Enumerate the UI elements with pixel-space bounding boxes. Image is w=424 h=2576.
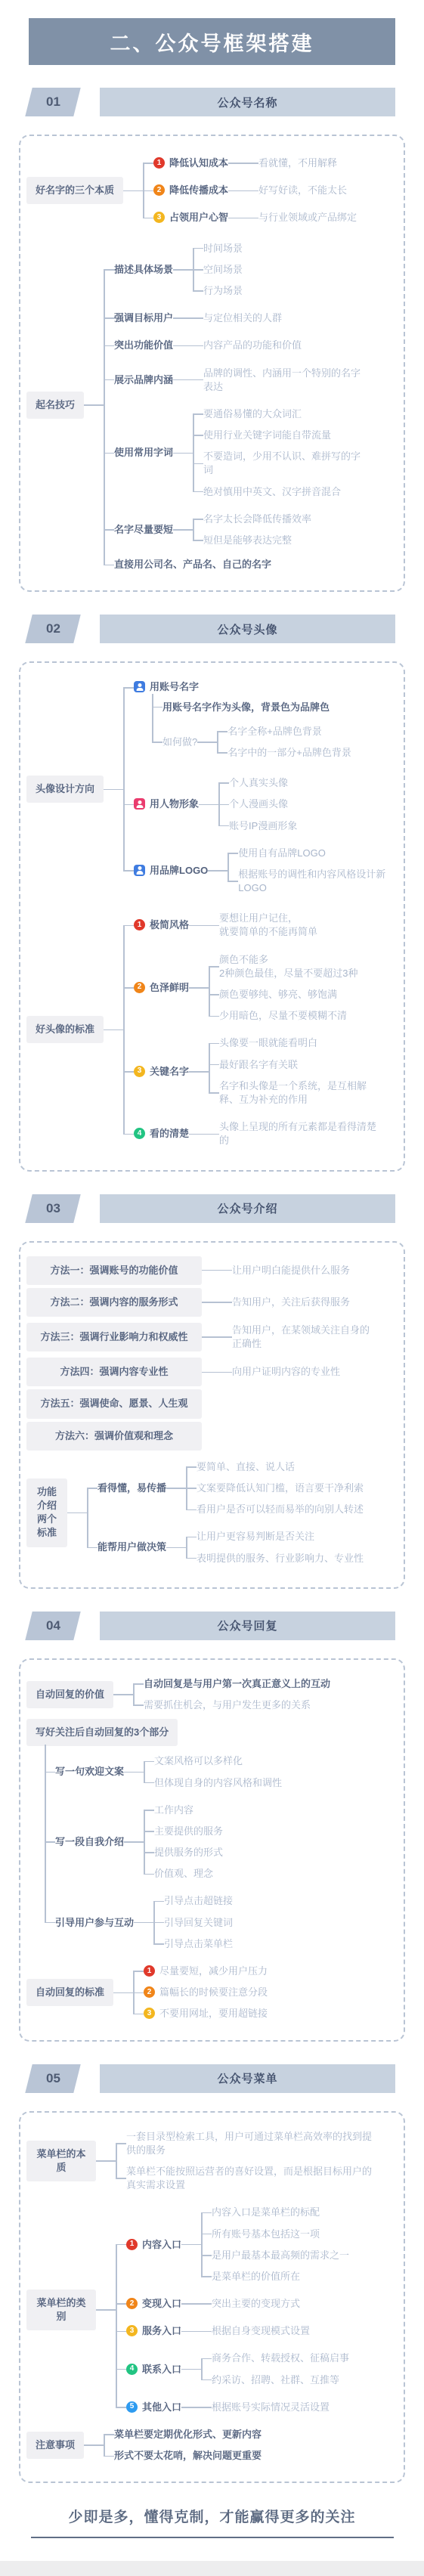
tree-children: 颜色不能多 2种颜色最佳，尽量不要超过3种颜色要够纯、够亮、够饱满少用暗色，尽量… [209,949,357,1027]
tree-node-label: 菜单栏不能按照运营者的喜好设置，而是根据目标用户的真实需求设置 [126,2164,376,2193]
node-text: 个人漫画头像 [229,797,288,811]
node-text: 其他入口 [142,2401,181,2414]
tree-child: 名字太长会降低传播效率 [203,509,311,530]
tree-node-label: 不要造词，少用不认识、难拼写的字词 [203,449,364,478]
tree-child: 使用行业关键字词能自带流量 [203,425,364,446]
tree-child: 告知用户，关注后获得服务 [232,1292,350,1313]
tree-child: 向用户证明内容的专业性 [232,1361,340,1382]
section-number: 05 [46,2071,60,2086]
tree-children: 告知用户，关注后获得服务 [221,1292,350,1313]
tree-children: 品牌的调性、内涵用一个特别的名字表达 [193,363,364,398]
tree-branch: 方法四：强调内容专业性向用户证明内容的专业性 [26,1358,396,1386]
tree-child: 用账号名字用账号名字作为头像，背景色为品牌色如何做?名字全称+品牌色背景名字中的… [134,677,389,769]
tree-branch: 写一段自我介绍工作内容主要提供的服务提供服务的形式价值观、理念 [55,1800,282,1885]
node-text: 变现入口 [142,2297,181,2311]
tree-children: 时间场景空间场景行为场景 [193,238,243,302]
tree-child: 告知用户，在某领域关注自身的 正确性 [232,1320,370,1355]
tree-children: 名字全称+品牌色背景名字中的一部分+品牌色背景 [217,721,351,763]
tree-node-label: 要简单、直接、说人话 [197,1460,364,1475]
tree: 好名字的三个本质1降低认知成本看就懂，不用解释2降低传播成本好写好读，不能太长3… [26,150,396,232]
mindmap-infographic: 二、公众号框架搭建 01公众号名称好名字的三个本质1降低认知成本看就懂，不用解释… [0,18,424,2576]
tree-branch: 注意事项菜单栏要定期优化形式、更新内容形式不要太花哨，解决问题更重要 [26,2424,396,2466]
section-header: 03公众号介绍 [29,1194,395,1223]
tree-node-label: 个人漫画头像 [229,797,297,812]
tree-child: 工作内容 [154,1800,223,1821]
node-text: 方法六：强调价值观和理念 [55,1429,173,1443]
tree-branch: 强调目标用户与定位相关的人群 [114,308,364,329]
node-text: 引导用户参与互动 [55,1916,134,1930]
tree-children: 个人真实头像个人漫画头像账号IP漫画形象 [218,772,297,837]
node-text: 文案风格可以多样化 [154,1754,243,1768]
tree-node-label: 提供服务的形式 [154,1845,223,1860]
section-title: 公众号名称 [100,88,395,116]
tree-child: 3关键名字头像要一眼就能看明白最好跟名字有关联名字和头像是一个系统，是互相解释、… [134,1029,378,1113]
node-text: 时间场景 [203,242,243,255]
tree-branch: 方法一：强调账号的功能价值让用户明白能提供什么服务 [26,1256,396,1285]
tree-down-branch: 用账号名字用账号名字作为头像，背景色为品牌色如何做?名字全称+品牌色背景名字中的… [134,680,389,766]
tree-branch: 4联系入口商务合作、转载授权、征稿启事约采访、招聘、社群、互推等 [126,2348,349,2390]
node-text: 展示品牌内涵 [114,373,173,387]
node-text: 功能介绍两个标准 [36,1485,58,1540]
tree-child: 用品牌LOGO使用自有品牌LOGO根据账号的调性和内容风格设计新LOGO [134,840,389,903]
node-text: 写好关注后自动回复的3个部分 [36,1726,169,1739]
tree-node-label: 文案风格可以多样化 [154,1754,282,1769]
node-text: 菜单栏的类别 [36,2296,87,2324]
node-text: 好头像的标准 [36,1023,94,1036]
tree-node-label: 名字全称+品牌色背景 [227,724,351,739]
tree-branch: 用人物形象个人真实头像个人漫画头像账号IP漫画形象 [134,772,389,837]
tree-child: 内容入口是菜单栏的标配 [212,2202,349,2223]
tree-node-label: 需要抓住机会，与用户发生更多的关系 [144,1698,330,1713]
node-text: 关键名字 [150,1065,189,1079]
section-panel: 好名字的三个本质1降低认知成本看就懂，不用解释2降低传播成本好写好读，不能太长3… [19,135,405,592]
tree-children: 写一句欢迎文案文案风格可以多样化但体现自身的内容风格和调性写一段自我介绍工作内容… [45,1748,282,1958]
tree-child: 3不要用网址，要用超链接 [144,2003,268,2024]
tree-branch: 使用常用字词要通俗易懂的大众词汇使用行业关键字词能自带流量不要造词，少用不认识、… [114,404,364,503]
node-text: 直接用公司名、产品名、自己的名字 [114,558,271,571]
tree-node-label: 看就懂，不用解释 [258,156,337,171]
tree-node-label: 突出功能价值 [114,338,173,353]
node-text: 颜色不能多 2种颜色最佳，尽量不要超过3种 [219,953,357,980]
section-number-badge: 05 [25,2064,80,2093]
tree-node-label: 绝对慎用中英文、汉字拼音混合 [203,485,364,500]
tree-child: 账号IP漫画形象 [229,816,297,837]
node-text: 用人物形象 [150,797,199,811]
tree-children: 商务合作、转载授权、征稿启事约采访、招聘、社群、互推等 [201,2348,349,2390]
tree-node-box: 菜单栏的本质 [26,2141,96,2181]
tree-branch: 写一句欢迎文案文案风格可以多样化但体现自身的内容风格和调性 [55,1751,282,1793]
tree-child: 用账号名字作为头像，背景色为品牌色 [162,697,351,718]
section-01: 01公众号名称好名字的三个本质1降低认知成本看就懂，不用解释2降低传播成本好写好… [0,88,424,592]
tree-node-label: 3关键名字 [134,1064,189,1079]
node-text: 服务入口 [142,2324,181,2338]
tree: 方法三：强调行业影响力和权威性告知用户，在某领域关注自身的 正确性 [26,1320,396,1355]
tree-child: 时间场景 [203,238,243,259]
tree-child: 用人物形象个人真实头像个人漫画头像账号IP漫画形象 [134,769,389,840]
tree-child: 空间场景 [203,259,243,280]
tree-node-label: 品牌的调性、内涵用一个特别的名字表达 [203,366,364,395]
node-text: 使用常用字词 [114,446,173,460]
tree-child: 与行业领域或产品绑定 [258,207,357,228]
tree-child: 引导用户参与互动引导点击超链接引导回复关键词引导点击菜单栏 [55,1887,282,1958]
tree-node-label: 名字尽量要短 [114,522,173,537]
tree-branch: 好头像的标准1极简风格要想让用户记住， 就要简单的不能再简单2色泽鲜明颜色不能多… [26,905,396,1154]
tree-node-label: 工作内容 [154,1803,223,1818]
node-text: 自动回复的价值 [36,1688,104,1701]
tree-branch: 引导用户参与互动引导点击超链接引导回复关键词引导点击菜单栏 [55,1890,282,1955]
tree-node-label: 好写好读，不能太长 [258,183,347,198]
tree-node-label: 要想让用户记住， 就要简单的不能再简单 [219,911,317,940]
tree-node-label: 2降低传播成本 [153,183,228,198]
node-text: 要通俗易懂的大众词汇 [203,407,302,421]
section-title: 公众号菜单 [100,2064,395,2093]
tree-child: 是用户最基本最高频的需求之一 [212,2245,349,2266]
tree-child: 强调目标用户与定位相关的人群 [114,305,364,332]
tree-node-label: 展示品牌内涵 [114,373,173,388]
section-header: 01公众号名称 [29,88,395,116]
tree-children: 菜单栏要定期优化形式、更新内容形式不要太花哨，解决问题更重要 [104,2424,262,2466]
tree-branch: 功能介绍两个标准看得懂，易传播要简单、直接、说人话文案要降低认知门槛，语言要干净… [26,1454,396,1572]
node-text: 最好跟名字有关联 [219,1058,298,1072]
section-title: 公众号介绍 [100,1194,395,1223]
tree-node-label: 让用户明白能提供什么服务 [232,1263,350,1278]
section-number-badge: 04 [25,1612,80,1640]
tree-child: 根据自身变现模式设置 [212,2321,310,2342]
section-number-badge: 01 [25,88,80,116]
tree-node-label: 引导点击超链接 [164,1893,233,1909]
tree-children: 看得懂，易传播要简单、直接、说人话文案要降低认知门槛，语言要干净利索看用户是否可… [87,1454,364,1572]
tree-node-label: 价值观、理念 [154,1866,223,1881]
tree-node-label: 形式不要太花哨，解决问题更重要 [114,2448,262,2463]
tree-node-label: 2篇幅长的时候要注意分段 [144,1985,268,2000]
tree-node-label: 1极简风格 [134,918,189,933]
priority-1-icon: 1 [153,157,165,169]
tree-node-box: 起名技巧 [26,392,84,419]
tree-node-box: 方法三：强调行业影响力和权威性 [26,1323,202,1351]
tree-child: 使用自有品牌LOGO [238,843,389,864]
tree-node-label: 描述具体场景 [114,262,173,277]
priority-2-icon: 2 [144,1986,155,1998]
tree-node-box: 方法六：强调价值观和理念 [26,1422,202,1451]
tree-child: 名字中的一部分+品牌色背景 [227,742,351,763]
tree-down-branch: 写好关注后自动回复的3个部分写一句欢迎文案文案风格可以多样化但体现自身的内容风格… [26,1719,396,1958]
node-text: 主要提供的服务 [154,1825,223,1838]
tree-child: 菜单栏要定期优化形式、更新内容 [114,2424,262,2445]
node-text: 根据账号实际情况灵活设置 [212,2401,330,2414]
tree-child: 与定位相关的人群 [203,308,282,329]
tree-node-label: 看得懂，易传播 [97,1481,166,1496]
node-text: 短但是能够表达完整 [203,534,292,547]
node-text: 头像上呈现的所有元素都是看得清楚的 [219,1120,378,1147]
node-text: 看得懂，易传播 [97,1482,166,1495]
node-text: 强调目标用户 [114,311,173,325]
node-text: 名字太长会降低传播效率 [203,512,311,526]
node-text: 看用户是否可以轻而易举的向别人转述 [197,1503,364,1516]
tree-child: 使用常用字词要通俗易懂的大众词汇使用行业关键字词能自带流量不要造词，少用不认识、… [114,401,364,506]
tree-node-label: 颜色不能多 2种颜色最佳，尽量不要超过3种 [219,952,357,981]
tree-node-label: 4联系入口 [126,2362,181,2377]
tree-children: 一套目录型检索工具，用户可通过菜单栏高效率的找到提供的服务菜单栏不能按照运营者的… [116,2126,376,2197]
tree-child: 看就懂，不用解释 [258,153,337,174]
section-number: 01 [46,94,60,110]
tree-branch: 自动回复的价值自动回复是与用户第一次真正意义上的互动需要抓住机会，与用户发生更多… [26,1673,396,1716]
tree-node-label: 引导用户参与互动 [55,1915,134,1930]
tree-branch: 3关键名字头像要一眼就能看明白最好跟名字有关联名字和头像是一个系统，是互相解释、… [134,1033,378,1110]
tree-node-label: 名字太长会降低传播效率 [203,512,311,527]
tree-children: 文案风格可以多样化但体现自身的内容风格和调性 [144,1751,282,1793]
tree-node-label: 告知用户，关注后获得服务 [232,1295,350,1310]
tree-children: 要简单、直接、说人话文案要降低认知门槛，语言要干净利索看用户是否可以轻而易举的向… [186,1457,364,1521]
section-header: 05公众号菜单 [29,2064,395,2093]
tree-node-box: 方法四：强调内容专业性 [26,1358,202,1386]
tree-child: 1极简风格要想让用户记住， 就要简单的不能再简单 [134,905,378,946]
tree-child: 少用暗色，尽量不要模糊不清 [219,1005,357,1026]
tree-node-label: 主要提供的服务 [154,1824,223,1839]
priority-5-icon: 5 [126,2401,138,2413]
node-text: 写一段自我介绍 [55,1835,124,1849]
node-text: 要想让用户记住， 就要简单的不能再简单 [219,912,317,939]
tree-child: 展示品牌内涵品牌的调性、内涵用一个特别的名字表达 [114,360,364,401]
tree-branch: 如何做?名字全称+品牌色背景名字中的一部分+品牌色背景 [162,721,351,763]
node-text: 好写好读，不能太长 [258,184,347,197]
tree-node-label: 菜单栏要定期优化形式、更新内容 [114,2427,262,2442]
tree-node-label: 2色泽鲜明 [134,980,189,995]
tree-children: 头像上呈现的所有元素都是看得清楚的 [209,1116,378,1151]
node-text: 菜单栏的本质 [36,2147,87,2175]
tree-node-label: 账号IP漫画形象 [229,819,297,834]
priority-3-icon: 3 [126,2325,138,2336]
tree-node-label: 颜色要够纯、够亮、够饱满 [219,987,357,1002]
node-text: 篇幅长的时候要注意分段 [159,1986,268,1999]
footer: 少即是多，懂得克制，才能赢得更多的关注 [0,2506,424,2538]
node-text: 向用户证明内容的专业性 [232,1365,340,1379]
node-text: 但体现自身的内容风格和调性 [154,1776,282,1790]
tree-child: 引导点击菜单栏 [164,1934,233,1955]
section-04: 04公众号回复自动回复的价值自动回复是与用户第一次真正意义上的互动需要抓住机会，… [0,1612,424,2042]
tree-node-label: 5其他入口 [126,2400,181,2415]
tree: 方法一：强调账号的功能价值让用户明白能提供什么服务 [26,1256,396,1285]
tree-node-box: 好名字的三个本质 [26,177,123,204]
tree-node-label: 使用自有品牌LOGO [238,846,389,861]
tree-child: 要通俗易懂的大众词汇 [203,404,364,425]
tree-node-label: 根据账号的调性和内容风格设计新LOGO [238,867,389,896]
tree-child: 需要抓住机会，与用户发生更多的关系 [144,1695,330,1716]
section-02: 02公众号头像头像设计方向用账号名字用账号名字作为头像，背景色为品牌色如何做?名… [0,615,424,1171]
node-text: 使用自有品牌LOGO [238,847,326,860]
tree-child: 颜色不能多 2种颜色最佳，尽量不要超过3种 [219,949,357,984]
tree-children: 头像要一眼就能看明白最好跟名字有关联名字和头像是一个系统，是互相解释、互为补充的… [209,1033,378,1110]
tree-child: 商务合作、转载授权、征稿启事 [212,2348,349,2369]
tree-child: 1降低认知成本看就懂，不用解释 [153,150,357,177]
priority-1-icon: 1 [134,919,145,930]
tree-child: 让用户明白能提供什么服务 [232,1260,350,1281]
tree-child: 突出功能价值内容产品的功能和价值 [114,332,364,359]
tree-child: 描述具体场景时间场景空间场景行为场景 [114,235,364,305]
priority-2-icon: 2 [134,982,145,993]
tree-branch: 自动回复的标准1尽量要短，减少用户压力2篇幅长的时候要注意分段3不要用网址，要用… [26,1961,396,2025]
tree-node-box: 方法二：强调内容的服务形式 [26,1288,202,1317]
tree-node-label: 内容入口是菜单栏的标配 [212,2205,349,2220]
tree-child: 3服务入口根据自身变现模式设置 [126,2317,349,2345]
tree-branch: 好名字的三个本质1降低认知成本看就懂，不用解释2降低传播成本好写好读，不能太长3… [26,150,396,232]
node-text: 方法四：强调内容专业性 [60,1365,168,1379]
tree-node-label: 使用行业关键字词能自带流量 [203,428,364,443]
tree-branch: 菜单栏的本质一套目录型检索工具，用户可通过菜单栏高效率的找到提供的服务菜单栏不能… [26,2126,396,2197]
priority-2-icon: 2 [126,2298,138,2309]
tree-child: 颜色要够纯、够亮、够饱满 [219,984,357,1005]
node-text: 头像要一眼就能看明白 [219,1036,317,1050]
tree-child: 内容产品的功能和价值 [203,335,302,356]
page-title: 二、公众号框架搭建 [29,18,395,65]
node-text: 看的清楚 [150,1127,189,1141]
tree-child: 2色泽鲜明颜色不能多 2种颜色最佳，尽量不要超过3种颜色要够纯、够亮、够饱满少用… [134,946,378,1030]
tree-node-label: 要通俗易懂的大众词汇 [203,407,364,422]
tree-child: 写一句欢迎文案文案风格可以多样化但体现自身的内容风格和调性 [55,1748,282,1796]
tree-child: 文案风格可以多样化 [154,1751,282,1772]
tree-child: 引导点击超链接 [164,1890,233,1912]
node-text: 约采访、招聘、社群、互推等 [212,2373,339,2387]
tree-child: 短但是能够表达完整 [203,530,311,551]
node-text: 降低认知成本 [169,156,228,170]
tree-node-label: 与定位相关的人群 [203,311,282,326]
person-icon [134,681,145,692]
tree-node-label: 用账号名字作为头像，背景色为品牌色 [162,700,351,715]
tree: 写好关注后自动回复的3个部分写一句欢迎文案文案风格可以多样化但体现自身的内容风格… [26,1719,396,1958]
tree-node-box: 注意事项 [26,2432,84,2459]
tree-child: 头像上呈现的所有元素都是看得清楚的 [219,1116,378,1151]
node-text: 方法五：强调使命、愿景、人生观 [40,1397,187,1410]
tree-branch: 2色泽鲜明颜色不能多 2种颜色最佳，尽量不要超过3种颜色要够纯、够亮、够饱满少用… [134,949,378,1027]
tree-node-box: 方法五：强调使命、愿景、人生观 [26,1389,202,1418]
tree-branch: 1降低认知成本看就懂，不用解释 [153,153,357,174]
node-text: 行为场景 [203,284,243,298]
node-text: 根据自身变现模式设置 [212,2324,310,2338]
node-text: 菜单栏要定期优化形式、更新内容 [114,2428,262,2441]
tree-node-label: 表明提供的服务、行业影响力、专业性 [197,1551,364,1566]
tree: 头像设计方向用账号名字用账号名字作为头像，背景色为品牌色如何做?名字全称+品牌色… [26,677,396,902]
tree-child: 如何做?名字全称+品牌色背景名字中的一部分+品牌色背景 [162,718,351,766]
tree-child: 5其他入口根据账号实际情况灵活设置 [126,2394,349,2421]
tree-node-label: 引导点击菜单栏 [164,1937,233,1952]
node-text: 名字中的一部分+品牌色背景 [227,746,351,760]
tree-child: 是菜单栏的价值所在 [212,2266,349,2287]
section-panel: 方法一：强调账号的功能价值让用户明白能提供什么服务方法二：强调内容的服务形式告知… [19,1241,405,1589]
section-number: 03 [46,1201,60,1216]
tree-children: 名字太长会降低传播效率短但是能够表达完整 [193,509,311,551]
tree-children: 好写好读，不能太长 [248,180,347,201]
tree-branch: 起名技巧描述具体场景时间场景空间场景行为场景强调目标用户与定位相关的人群突出功能… [26,235,396,576]
section-number-badge: 02 [25,615,80,643]
section-number-badge: 03 [25,1194,80,1223]
tree-branch: 5其他入口根据账号实际情况灵活设置 [126,2397,349,2418]
tree-node-box: 写好关注后自动回复的3个部分 [26,1719,178,1746]
node-text: 注意事项 [36,2438,75,2452]
tree-child: 4看的清楚头像上呈现的所有元素都是看得清楚的 [134,1113,378,1154]
tree: 起名技巧描述具体场景时间场景空间场景行为场景强调目标用户与定位相关的人群突出功能… [26,235,396,576]
tree: 菜单栏的本质一套目录型检索工具，用户可通过菜单栏高效率的找到提供的服务菜单栏不能… [26,2126,396,2197]
tree-node-label: 文案要降低认知门槛，语言要干净利索 [197,1481,364,1496]
tree-children: 内容产品的功能和价值 [193,335,302,356]
tree-branch: 2降低传播成本好写好读，不能太长 [153,180,357,201]
tree-node-label: 用人物形象 [134,797,199,812]
tree-node-label: 让用户更容易判断是否关注 [197,1529,364,1544]
tree-branch: 能帮用户做决策让用户更容易判断是否关注表明提供的服务、行业影响力、专业性 [97,1526,364,1568]
node-text: 色泽鲜明 [150,981,189,995]
tree-child: 文案要降低认知门槛，语言要干净利索 [197,1478,364,1499]
tree-node-label: 突出主要的变现方式 [212,2296,300,2311]
tree-children: 看就懂，不用解释 [248,153,337,174]
tree-node-box: 方法一：强调账号的功能价值 [26,1256,202,1285]
node-text: 降低传播成本 [169,184,228,197]
node-text: 方法一：强调账号的功能价值 [50,1264,178,1277]
tree: 菜单栏的类别1内容入口内容入口是菜单栏的标配所有账号基本包括这一项是用户最基本最… [26,2199,396,2421]
tree-node-label: 是菜单栏的价值所在 [212,2269,349,2284]
section-panel: 自动回复的价值自动回复是与用户第一次真正意义上的互动需要抓住机会，与用户发生更多… [19,1658,405,2042]
tree-branch: 用品牌LOGO使用自有品牌LOGO根据账号的调性和内容风格设计新LOGO [134,843,389,899]
tree-node-label: 告知用户，在某领域关注自身的 正确性 [232,1323,370,1351]
tree: 方法四：强调内容专业性向用户证明内容的专业性 [26,1358,396,1386]
node-text: 与行业领域或产品绑定 [258,211,357,224]
tree: 自动回复的标准1尽量要短，减少用户压力2篇幅长的时候要注意分段3不要用网址，要用… [26,1961,396,2025]
tree-children: 内容入口是菜单栏的标配所有账号基本包括这一项是用户最基本最高频的需求之一是菜单栏… [201,2202,349,2287]
tree-node-label: 写一句欢迎文案 [55,1764,124,1779]
tree-node-label: 写一段自我介绍 [55,1834,124,1850]
node-text: 不要造词，少用不认识、难拼写的字词 [203,450,364,477]
node-text: 空间场景 [203,263,243,277]
tree-children: 引导点击超链接引导回复关键词引导点击菜单栏 [153,1890,233,1955]
tree-branch: 菜单栏的类别1内容入口内容入口是菜单栏的标配所有账号基本包括这一项是用户最基本最… [26,2199,396,2421]
tree-child: 价值观、理念 [154,1863,223,1884]
tree-child: 所有账号基本包括这一项 [212,2224,349,2245]
tree-child: 但体现自身的内容风格和调性 [154,1773,282,1794]
tree-branch: 突出功能价值内容产品的功能和价值 [114,335,364,356]
node-text: 菜单栏不能按照运营者的喜好设置，而是根据目标用户的真实需求设置 [126,2165,376,2192]
node-text: 引导回复关键词 [164,1916,233,1930]
node-text: 名字和头像是一个系统，是互相解释、互为补充的作用 [219,1079,378,1107]
node-text: 用品牌LOGO [150,864,208,878]
node-text: 内容产品的功能和价值 [203,339,302,352]
node-text: 商务合作、转载授权、征稿启事 [212,2352,349,2365]
tree-children: 根据账号实际情况灵活设置 [201,2397,330,2418]
tree-child: 一套目录型检索工具，用户可通过菜单栏高效率的找到提供的服务 [126,2126,376,2161]
node-text: 起名技巧 [36,398,75,412]
tree-node-label: 根据账号实际情况灵活设置 [212,2400,330,2415]
tree-child: 名字尽量要短名字太长会降低传播效率短但是能够表达完整 [114,506,364,554]
tree-node-label: 强调目标用户 [114,311,173,326]
tree-branch: 展示品牌内涵品牌的调性、内涵用一个特别的名字表达 [114,363,364,398]
tree-child: 约采访、招聘、社群、互推等 [212,2370,349,2391]
tree-node-label: 少用暗色，尽量不要模糊不清 [219,1008,357,1023]
node-text: 个人真实头像 [229,776,288,790]
person-icon [134,865,145,876]
node-text: 少用暗色，尽量不要模糊不清 [219,1009,347,1023]
priority-2-icon: 2 [153,184,165,196]
node-text: 所有账号基本包括这一项 [212,2228,320,2241]
tree-node-label: 名字和头像是一个系统，是互相解释、互为补充的作用 [219,1079,378,1107]
tree-child: 不要造词，少用不认识、难拼写的字词 [203,446,364,481]
tree: 注意事项菜单栏要定期优化形式、更新内容形式不要太花哨，解决问题更重要 [26,2424,396,2466]
tree-node-label: 3服务入口 [126,2324,181,2339]
tree-child: 看得懂，易传播要简单、直接、说人话文案要降低认知门槛，语言要干净利索看用户是否可… [97,1454,364,1524]
tree-children: 1内容入口内容入口是菜单栏的标配所有账号基本包括这一项是用户最基本最高频的需求之… [116,2199,349,2421]
node-text: 占领用户心智 [169,211,228,224]
node-text: 告知用户，在某领域关注自身的 正确性 [232,1324,370,1351]
section-number: 04 [46,1618,60,1633]
tree-node-label: 所有账号基本包括这一项 [212,2227,349,2242]
tree-node-label: 空间场景 [203,262,243,277]
tree-child: 品牌的调性、内涵用一个特别的名字表达 [203,363,364,398]
node-text: 价值观、理念 [154,1867,213,1881]
